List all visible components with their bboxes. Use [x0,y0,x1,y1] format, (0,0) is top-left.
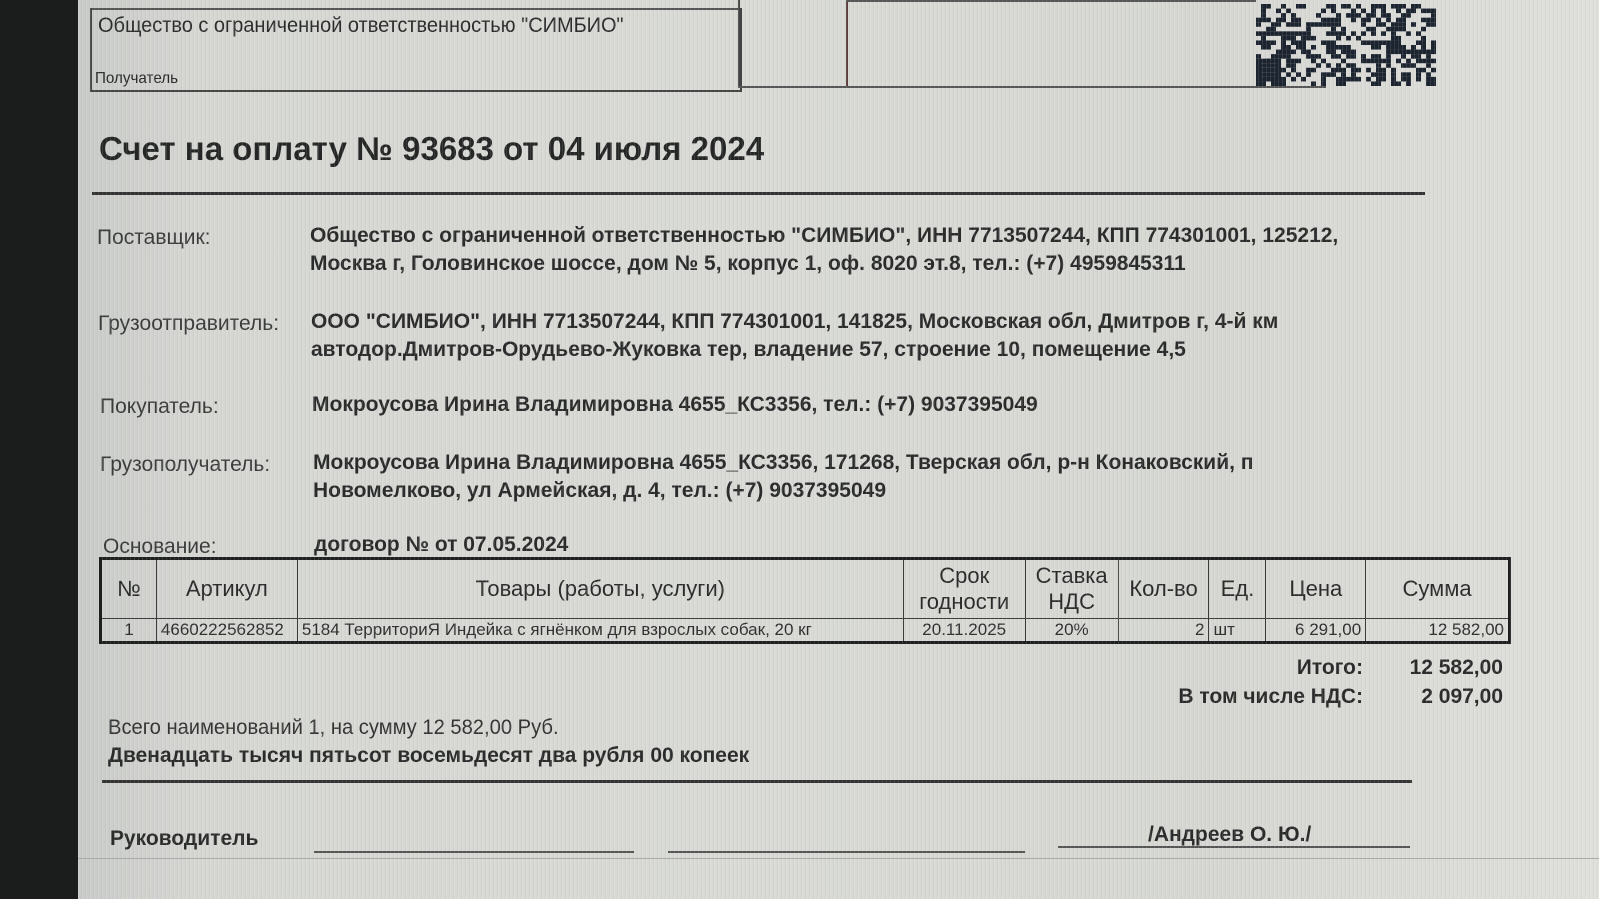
shipper-line: ООО "СИМБИО", ИНН 7713507244, КПП 774301… [311,308,1278,336]
page-bottom-edge [78,858,1599,859]
supplier-value: Общество с ограниченной ответственностью… [310,222,1338,278]
cell-price: 6 291,00 [1266,619,1366,643]
recipient-name: Общество с ограниченной ответственностью… [98,14,624,38]
invoice-title: Счет на оплату № 93683 от 04 июля 2024 [99,130,764,168]
table-header-row: № Артикул Товары (работы, услуги) Срок г… [101,559,1510,619]
bank-header-bottom-line [738,86,1326,88]
qr-code-icon [1256,4,1436,86]
vat-total-label: В том числе НДС: [1128,685,1363,709]
consignee-label: Грузополучатель: [100,453,270,477]
buyer-label: Покупатель: [100,395,219,419]
supplier-label: Поставщик: [97,226,211,250]
col-header-unit: Ед. [1209,559,1266,619]
col-header-vat-line2: НДС [1030,589,1114,615]
bank-header-top-line [846,0,1256,2]
col-header-num: № [101,559,157,619]
cell-expiry: 20.11.2025 [903,619,1025,643]
col-header-price: Цена [1266,559,1366,619]
amount-in-words: Двенадцать тысяч пятьсот восемьдесят два… [108,744,749,768]
basis-label: Основание: [103,535,217,559]
shipper-value: ООО "СИМБИО", ИНН 7713507244, КПП 774301… [311,308,1278,364]
col-header-goods: Товары (работы, услуги) [297,559,903,619]
bank-header-divider [738,0,740,88]
signature-line [314,851,634,853]
table-row: 1 4660222562852 5184 ТерриториЯ Индейка … [101,619,1510,643]
invoice-page: Общество с ограниченной ответственностью… [78,0,1599,899]
items-table: № Артикул Товары (работы, услуги) Срок г… [99,557,1511,644]
supplier-line: Общество с ограниченной ответственностью… [310,222,1338,250]
cell-vat: 20% [1025,619,1118,643]
col-header-article: Артикул [156,559,297,619]
shipper-line: автодор.Дмитров-Орудьево-Жуковка тер, вл… [311,336,1278,364]
cell-unit: шт [1209,619,1266,643]
col-header-expiry-line1: Срок [908,563,1021,589]
head-signature-label: Руководитель [110,827,258,851]
total-value: 12 582,00 [1378,656,1503,680]
consignee-value: Мокроусова Ирина Владимировна 4655_КС335… [313,449,1253,505]
bank-header-divider [846,0,848,88]
vat-total-value: 2 097,00 [1378,685,1503,709]
col-header-sum: Сумма [1366,559,1510,619]
total-label: Итого: [1128,656,1363,680]
col-header-expiry: Срок годности [903,559,1025,619]
head-name: /Андреев О. Ю./ [1148,823,1311,847]
buyer-value: Мокроусова Ирина Владимировна 4655_КС335… [312,391,1038,419]
basis-line: договор № от 07.05.2024 [314,531,568,559]
cell-sum: 12 582,00 [1366,619,1510,643]
title-divider [92,192,1425,195]
signature-line [668,851,1025,853]
recipient-label: Получатель [95,70,178,88]
consignee-line: Новомелково, ул Армейская, д. 4, тел.: (… [313,477,1253,505]
cell-qty: 2 [1118,619,1209,643]
col-header-qty: Кол-во [1118,559,1209,619]
col-header-vat: Ставка НДС [1025,559,1118,619]
items-summary: Всего наименований 1, на сумму 12 582,00… [108,716,559,740]
cell-num: 1 [101,619,157,643]
col-header-vat-line1: Ставка [1030,563,1114,589]
consignee-line: Мокроусова Ирина Владимировна 4655_КС335… [313,449,1253,477]
cell-goods: 5184 ТерриториЯ Индейка с ягнёнком для в… [297,619,903,643]
basis-value: договор № от 07.05.2024 [314,531,568,559]
summary-divider [102,780,1412,783]
shipper-label: Грузоотправитель: [98,312,279,336]
cell-article: 4660222562852 [156,619,297,643]
supplier-line: Москва г, Головинское шоссе, дом № 5, ко… [310,250,1338,278]
col-header-expiry-line2: годности [908,589,1021,615]
buyer-line: Мокроусова Ирина Владимировна 4655_КС335… [312,391,1038,419]
